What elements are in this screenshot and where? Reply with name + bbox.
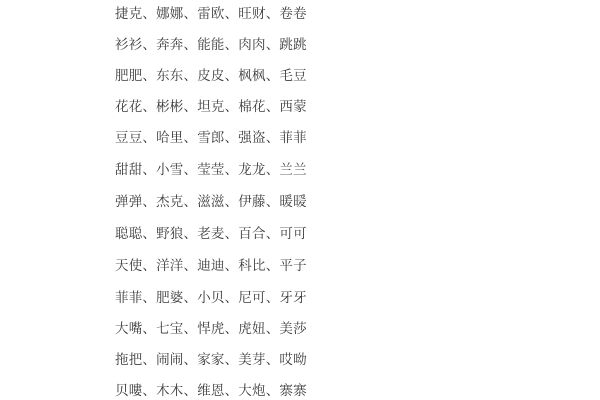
name-list-line: 弹弹、杰克、滋滋、伊藤、暖暖 (115, 192, 307, 212)
name-list-line: 豆豆、哈里、雪郎、强盗、菲菲 (115, 128, 307, 148)
name-list-line: 大嘴、七宝、悍虎、虎妞、美莎 (115, 319, 307, 339)
name-list-line: 菲菲、肥婆、小贝、尼可、牙牙 (115, 288, 307, 308)
name-list-line: 甜甜、小雪、莹莹、龙龙、兰兰 (115, 160, 307, 180)
name-list-line: 拖把、闹闹、家家、美芽、哎呦 (115, 350, 307, 370)
name-list-line: 花花、彬彬、坦克、棉花、西蒙 (115, 97, 307, 117)
name-list-line: 贝嘍、木木、维恩、大炮、寨寨 (115, 381, 307, 400)
speck-mark (298, 197, 302, 201)
name-list-line: 天使、洋洋、迪迪、科比、平子 (115, 256, 307, 276)
name-list-line: 衫衫、奔奔、能能、肉肉、跳跳 (115, 35, 307, 55)
name-list-line: 肥肥、东东、皮皮、枫枫、毛豆 (115, 66, 307, 86)
name-list-line: 捷克、娜娜、雷欧、旺财、卷卷 (115, 4, 307, 24)
name-list-line: 聪聪、野狼、老麦、百合、可可 (115, 224, 307, 244)
